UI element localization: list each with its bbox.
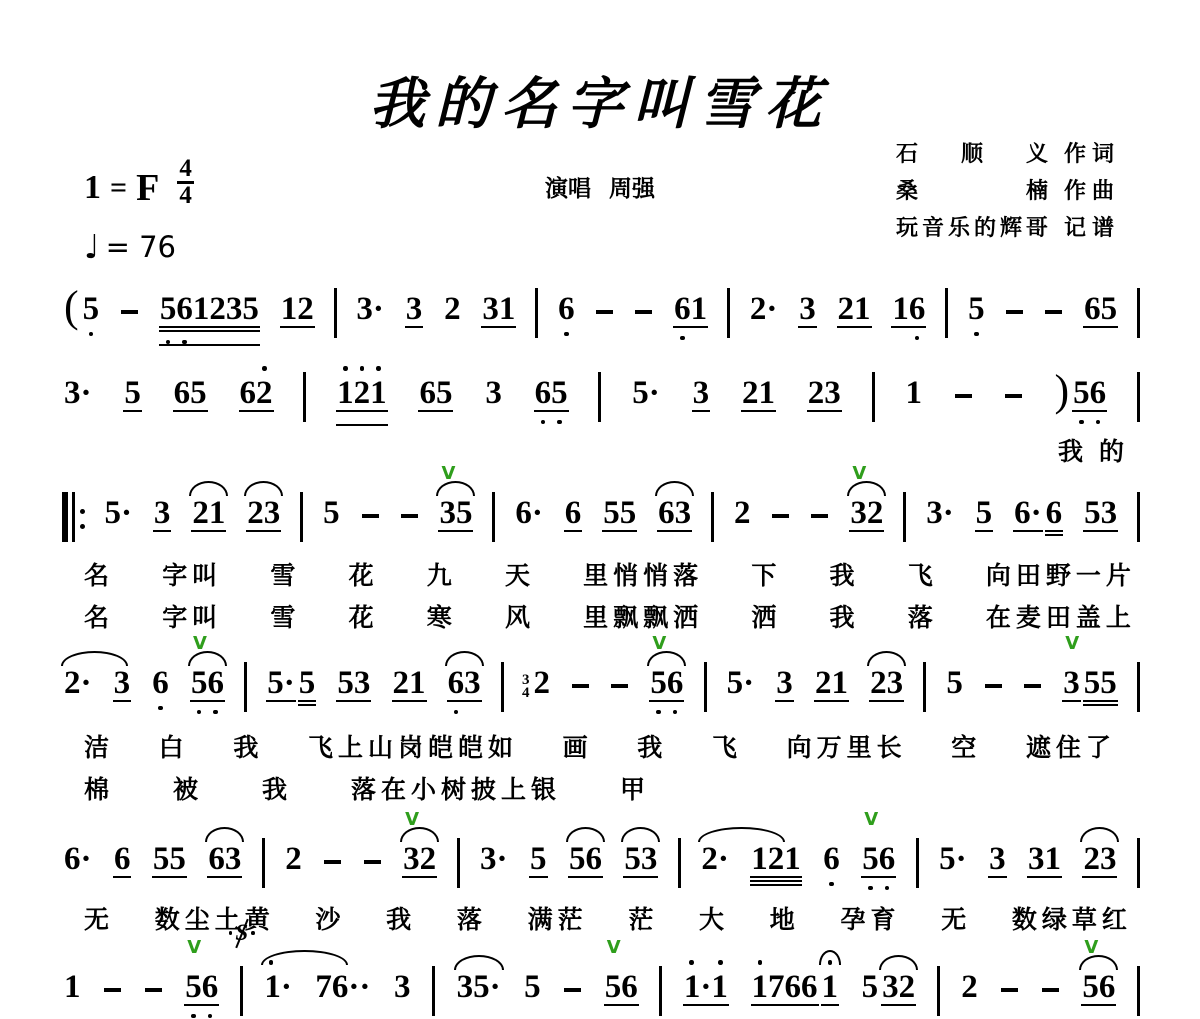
credits-block: 石顺义 作词 桑楠 作曲 玩音乐的辉哥 记谱 xyxy=(896,137,1148,248)
lyric-syllable: 白 xyxy=(159,728,189,764)
dash-continuation xyxy=(324,840,341,884)
dash-glyph xyxy=(955,394,972,399)
beam-underline xyxy=(750,876,802,878)
dash-glyph xyxy=(1024,684,1041,689)
beam-underline xyxy=(447,700,482,702)
slur-arc xyxy=(621,827,660,842)
beam-underline xyxy=(392,700,427,702)
note-group: 17661 xyxy=(750,968,841,1012)
tonic-number: 1 xyxy=(84,169,101,207)
note: ( xyxy=(64,290,79,334)
breath-mark-icon: V xyxy=(607,937,621,958)
note: 76·· xyxy=(315,968,370,1012)
dash-continuation xyxy=(1042,968,1059,1012)
dash-glyph xyxy=(401,514,418,519)
beam-underline xyxy=(692,410,711,412)
dash-glyph xyxy=(362,514,379,519)
beam-underline xyxy=(481,326,516,328)
lyric-syllable: 我 xyxy=(262,770,292,806)
note: 32V xyxy=(403,840,436,884)
lyric-syllable: 被 xyxy=(173,770,203,806)
beam-underline xyxy=(814,700,849,702)
dash-glyph xyxy=(104,988,121,993)
lyrics-verse1-row3: 无数尘土黄沙我落满茫茫大地孕育无数绿草红 xyxy=(84,900,1132,936)
lyric-syllable: 字叫 xyxy=(162,556,222,592)
dash-glyph xyxy=(364,860,381,865)
dash-glyph xyxy=(572,684,589,689)
note: 2 xyxy=(533,664,550,708)
note: 5 xyxy=(968,290,985,334)
note: 55 xyxy=(1084,664,1117,708)
note: 121 xyxy=(337,374,387,418)
low-octave-dots xyxy=(558,332,575,337)
beam-underline xyxy=(1081,1004,1116,1006)
note: 6· xyxy=(64,840,92,884)
slur-arc xyxy=(454,955,504,970)
note: 1 xyxy=(64,968,81,1012)
slur-arc xyxy=(867,651,906,666)
lyric-syllable: 我 xyxy=(1058,432,1083,468)
note: 16 xyxy=(892,290,925,334)
beam-underline xyxy=(159,330,260,332)
beam-underline xyxy=(1072,410,1107,412)
breath-mark-icon: V xyxy=(193,633,207,654)
beam-underline xyxy=(529,876,548,878)
barline xyxy=(492,492,495,538)
barline xyxy=(457,838,460,884)
beam-underline xyxy=(869,700,904,702)
beam-underline xyxy=(975,530,994,532)
barline xyxy=(501,662,504,708)
beam-underline xyxy=(649,700,684,702)
beam-underline xyxy=(1083,530,1118,532)
high-octave-dots xyxy=(337,366,387,371)
note: 121 xyxy=(751,840,801,884)
barline xyxy=(711,492,714,538)
barline xyxy=(1137,662,1140,708)
dash-continuation xyxy=(1024,664,1041,708)
time-signature: 4 4 xyxy=(177,157,194,208)
note: 3 xyxy=(799,290,816,334)
lyric-syllable: 洒 xyxy=(751,598,781,634)
dash-glyph xyxy=(1045,310,1062,315)
barline xyxy=(1137,372,1140,418)
barline xyxy=(303,372,306,418)
dash-continuation xyxy=(401,494,418,538)
dash-continuation xyxy=(611,664,628,708)
time-signature-change: 34 xyxy=(522,674,530,700)
lyric-syllable: 名 xyxy=(84,556,114,592)
barline xyxy=(727,288,730,334)
beam-underline xyxy=(1045,534,1064,536)
barline xyxy=(244,662,247,708)
note: 55 xyxy=(153,840,186,884)
beam-underline xyxy=(534,410,569,412)
beam-underline xyxy=(891,326,926,328)
beam-underline xyxy=(298,700,317,702)
note: 61 xyxy=(674,290,707,334)
lyrics-verse1-row1: 名字叫雪花九天里悄悄落下我飞向田野一片 xyxy=(84,556,1136,592)
dash-glyph xyxy=(811,514,828,519)
note: 1· xyxy=(264,968,292,1012)
note: 5· xyxy=(939,840,967,884)
beam-underline xyxy=(405,326,424,328)
barline xyxy=(432,966,435,1012)
low-octave-dots xyxy=(1073,420,1106,425)
credit-name: 石顺义 xyxy=(896,137,1048,168)
note: 3 xyxy=(154,494,171,538)
note: 2· xyxy=(701,840,729,884)
slur-arc xyxy=(879,955,918,970)
lyric-syllable: 名 xyxy=(84,598,114,634)
beam-underline xyxy=(207,876,242,878)
barline xyxy=(334,288,337,334)
lyric-syllable: 我 xyxy=(830,556,860,592)
low-octave-dots xyxy=(191,710,224,715)
slur-arc xyxy=(655,481,694,496)
lyric-syllable: 棉 xyxy=(84,770,114,806)
note: 5 xyxy=(524,968,541,1012)
note: 5 xyxy=(530,840,547,884)
repeat-begin-barline xyxy=(62,492,85,542)
breath-mark-icon: V xyxy=(864,809,878,830)
barline xyxy=(1137,966,1140,1012)
lyric-syllable: 飞 xyxy=(908,556,938,592)
beam-underline xyxy=(336,700,371,702)
note: 3 xyxy=(776,664,793,708)
performer-name: 周强 xyxy=(609,176,655,201)
beam-underline xyxy=(190,700,225,702)
beam-underline xyxy=(246,530,281,532)
dash-glyph xyxy=(1042,988,1059,993)
credit-transcriber: 玩音乐的辉哥 记谱 xyxy=(896,211,1148,242)
note: 21 xyxy=(192,494,225,538)
beam-underline xyxy=(280,326,315,328)
note: 56V xyxy=(650,664,683,708)
note: 6 xyxy=(114,840,131,884)
beam-underline xyxy=(1083,704,1118,706)
beam-underline xyxy=(564,530,583,532)
low-octave-dots xyxy=(650,710,683,715)
note: 3· xyxy=(356,290,384,334)
note: 5 xyxy=(976,494,993,538)
breath-mark-icon: V xyxy=(187,937,201,958)
beam-underline xyxy=(750,884,802,886)
lyrics-verse2-row1: 名字叫雪花寒风里飘飘洒洒我落在麦田盖上 xyxy=(84,598,1136,634)
note: 3 xyxy=(693,374,710,418)
note: 3 xyxy=(114,664,131,708)
note: 3 xyxy=(394,968,411,1012)
lyric-syllable: 花 xyxy=(349,598,379,634)
beam-underline xyxy=(418,410,453,412)
beam-underline xyxy=(1082,876,1117,878)
note: 1 xyxy=(905,374,922,418)
lyric-syllable: 我 xyxy=(830,598,860,634)
lyric-syllable: 茫 xyxy=(628,900,658,936)
low-octave-dots xyxy=(185,1014,218,1019)
lyric-syllable: 九 xyxy=(427,556,457,592)
low-octave-dots xyxy=(968,332,985,337)
dash-continuation xyxy=(985,664,1002,708)
lyric-syllable: 画 xyxy=(563,728,593,764)
note: 561235 xyxy=(160,290,259,334)
beam-underline xyxy=(750,880,802,882)
note: 2 xyxy=(734,494,751,538)
lyric-syllable: 沙 xyxy=(315,900,345,936)
high-octave-dots xyxy=(752,960,818,965)
barline xyxy=(916,838,919,884)
dash-continuation xyxy=(364,840,381,884)
music-line-3: 5·32123535V6·65563232V3·56·653 xyxy=(62,494,1140,538)
beam-underline xyxy=(159,344,260,346)
dash-continuation xyxy=(1005,374,1022,418)
note: 21 xyxy=(838,290,871,334)
note: 5· xyxy=(267,664,295,708)
note-group: 6·6 xyxy=(1012,494,1064,538)
note: 1·1 xyxy=(684,968,728,1012)
beam-underline xyxy=(1013,530,1043,532)
barline xyxy=(945,288,948,334)
beam-underline xyxy=(751,1004,819,1006)
slur-arc xyxy=(445,651,484,666)
lyric-syllable: 在麦田盖上 xyxy=(986,598,1136,634)
key-name: F xyxy=(136,166,159,210)
barline xyxy=(704,662,707,708)
lyric-syllable: 大 xyxy=(699,900,729,936)
note: 3· xyxy=(926,494,954,538)
beam-underline xyxy=(775,700,794,702)
high-octave-dots xyxy=(684,960,728,965)
dash-continuation xyxy=(121,290,138,334)
dash-continuation xyxy=(1006,290,1023,334)
note: 65 xyxy=(1084,290,1117,334)
note: 63 xyxy=(208,840,241,884)
note: 6· xyxy=(1014,494,1042,538)
note: 2 xyxy=(961,968,978,1012)
note: 6 xyxy=(565,494,582,538)
low-octave-dots xyxy=(152,706,169,711)
credit-composer: 桑楠 作曲 xyxy=(896,174,1148,205)
dash-glyph xyxy=(324,860,341,865)
credit-name: 桑楠 xyxy=(896,174,1048,205)
credit-role: 作词 xyxy=(1064,137,1120,168)
beam-underline xyxy=(173,410,208,412)
slur-arc xyxy=(189,481,228,496)
lyric-syllable: 甲 xyxy=(620,770,650,806)
music-line-5: 6·65563232V3·556532·121656V5·33123 xyxy=(62,840,1140,884)
beam-underline xyxy=(849,530,884,532)
beam-underline xyxy=(113,876,132,878)
note: 65 xyxy=(174,374,207,418)
dash-glyph xyxy=(635,310,652,315)
lyric-syllable: 里悄悄落 xyxy=(583,556,703,592)
note: 3 xyxy=(989,840,1006,884)
note: 1 xyxy=(822,968,839,1012)
lyric-syllable: 飞 xyxy=(712,728,742,764)
dash-glyph xyxy=(611,684,628,689)
low-octave-dots xyxy=(535,420,568,425)
slur-arc xyxy=(205,827,244,842)
beam-underline xyxy=(741,410,776,412)
music-line-1: (5561235123·32316612·32116565 xyxy=(62,290,1140,334)
beam-underline xyxy=(153,530,172,532)
dash-glyph xyxy=(596,310,613,315)
lyric-syllable: 向万里长 xyxy=(787,728,907,764)
dash-glyph xyxy=(1001,988,1018,993)
lyric-syllable: 满茫 xyxy=(528,900,588,936)
barline xyxy=(937,966,940,1012)
note: 3· xyxy=(480,840,508,884)
music-line-2: 3·56562121653655·321231)56 xyxy=(62,374,1140,418)
beam-underline xyxy=(602,530,637,532)
note: 6 xyxy=(1046,494,1063,538)
dash-glyph xyxy=(1006,310,1023,315)
lyric-syllable: 空 xyxy=(951,728,981,764)
beam-underline xyxy=(1027,876,1062,878)
note: 5· xyxy=(104,494,132,538)
breath-mark-icon: V xyxy=(652,633,666,654)
note: 5· xyxy=(727,664,755,708)
beam-underline xyxy=(1083,326,1118,328)
note: 35· xyxy=(457,968,501,1012)
beam-underline xyxy=(336,410,388,412)
note: 5 xyxy=(83,290,100,334)
low-octave-dots xyxy=(448,710,481,715)
note: 65 xyxy=(535,374,568,418)
note: 31 xyxy=(482,290,515,334)
beam-underline xyxy=(123,410,142,412)
note: 5 xyxy=(124,374,141,418)
beam-underline xyxy=(336,424,388,426)
key-signature: 1 = F 4 4 xyxy=(84,162,194,213)
note: 63 xyxy=(448,664,481,708)
dash-glyph xyxy=(121,310,138,315)
tempo-value: = 76 xyxy=(106,230,176,264)
lyric-syllable: 我 xyxy=(637,728,667,764)
barline xyxy=(1137,838,1140,884)
lyric-syllable: 数尘土黄 xyxy=(155,900,275,936)
beam-underline xyxy=(113,700,132,702)
beam-underline xyxy=(821,1004,840,1006)
lyrics-verse2-row2: 棉被我落在小树披上银甲 xyxy=(84,770,650,806)
note: 56V xyxy=(191,664,224,708)
lyric-syllable: 风 xyxy=(505,598,535,634)
note-group: 5·5 xyxy=(265,664,317,708)
note: 31 xyxy=(1028,840,1061,884)
dash-continuation xyxy=(362,494,379,538)
lyric-syllable: 洁 xyxy=(84,728,114,764)
dash-glyph xyxy=(985,684,1002,689)
note: 5· xyxy=(632,374,660,418)
beam-underline xyxy=(837,326,872,328)
slur-arc xyxy=(819,950,842,965)
note: 56 xyxy=(1073,374,1106,418)
dash-glyph xyxy=(564,988,581,993)
barline: S xyxy=(240,966,243,1012)
lyric-syllable: 字叫 xyxy=(162,598,222,634)
note: 63 xyxy=(658,494,691,538)
note: 2· xyxy=(750,290,778,334)
beam-underline xyxy=(861,876,896,878)
note: 35V xyxy=(439,494,472,538)
lyric-syllable: 寒 xyxy=(427,598,457,634)
lyric-syllable: 落 xyxy=(457,900,487,936)
dash-continuation xyxy=(104,968,121,1012)
credit-role: 作曲 xyxy=(1064,174,1120,205)
note-group: )56 xyxy=(1052,374,1108,418)
note: 56V xyxy=(605,968,638,1012)
low-octave-dots xyxy=(674,336,707,341)
lyric-syllable: 我 xyxy=(386,900,416,936)
credit-name: 玩音乐的辉哥 xyxy=(896,211,1048,242)
lyric-syllable: 遮住了 xyxy=(1026,728,1116,764)
dash-continuation xyxy=(1001,968,1018,1012)
low-octave-dots xyxy=(823,882,840,887)
note: 56 xyxy=(569,840,602,884)
note: 23 xyxy=(247,494,280,538)
note: 21 xyxy=(815,664,848,708)
lyric-syllable: 飞上山岗皑皑如 xyxy=(308,728,518,764)
note-group: 342 xyxy=(522,664,552,708)
barline xyxy=(872,372,875,418)
note: 56V xyxy=(1082,968,1115,1012)
dash-continuation xyxy=(564,968,581,1012)
meter-numerator: 4 xyxy=(177,157,194,184)
lyric-syllable: 的 xyxy=(1099,432,1124,468)
note: 62 xyxy=(240,374,273,418)
note-group: 3V55 xyxy=(1061,664,1119,708)
dash-continuation xyxy=(596,290,613,334)
note: 3 xyxy=(485,374,502,418)
slur-arc xyxy=(566,827,605,842)
lyric-syllable: 落 xyxy=(908,598,938,634)
dash-continuation xyxy=(572,664,589,708)
barline xyxy=(678,838,681,884)
note: ) xyxy=(1054,374,1069,418)
dash-continuation xyxy=(635,290,652,334)
beam-underline xyxy=(798,326,817,328)
beam-underline xyxy=(159,326,260,328)
breath-mark-icon: V xyxy=(1065,633,1079,654)
note: 3V xyxy=(1063,664,1080,708)
barline xyxy=(923,662,926,708)
barline xyxy=(262,838,265,884)
lyric-syllable: 花 xyxy=(349,556,379,592)
breath-mark-icon: V xyxy=(405,809,419,830)
dash-glyph xyxy=(1005,394,1022,399)
note: 12 xyxy=(281,290,314,334)
lyric-syllable: 数绿草红 xyxy=(1012,900,1132,936)
note: 53 xyxy=(337,664,370,708)
dash-continuation xyxy=(145,968,162,1012)
barline xyxy=(598,372,601,418)
barline xyxy=(903,492,906,538)
note-group: 532 xyxy=(860,968,918,1012)
note: 21 xyxy=(393,664,426,708)
equals-sign: = xyxy=(110,171,127,205)
barline xyxy=(300,492,303,538)
lyric-syllable: 地 xyxy=(770,900,800,936)
music-line-4: 2·3656V5·553216334256V5·3212353V55 xyxy=(62,664,1140,708)
low-octave-dots xyxy=(862,886,895,891)
high-octave-dots xyxy=(240,366,273,371)
lyric-syllable: 雪 xyxy=(270,598,300,634)
note: 5 xyxy=(323,494,340,538)
beam-underline xyxy=(1062,700,1081,702)
barline xyxy=(1137,288,1140,334)
note: 6 xyxy=(558,290,575,334)
beam-underline xyxy=(402,876,437,878)
